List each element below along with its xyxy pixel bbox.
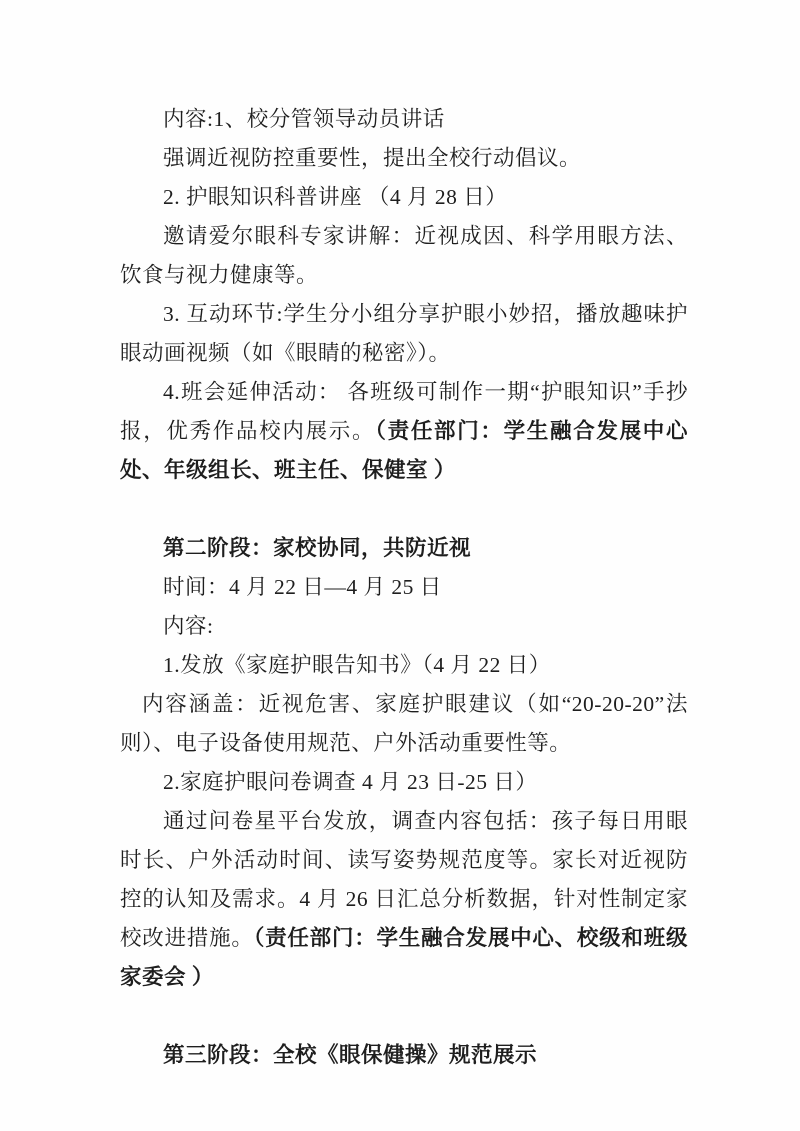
paragraph: 内容: (120, 607, 688, 646)
text-run: 1.发放《家庭护眼告知书》（4 月 22 日） (163, 653, 551, 677)
paragraph: 内容涵盖：近视危害、家庭护眼建议（如“20-20-20”法则）、电子设备使用规范… (120, 685, 688, 763)
text-run: 3. 互动环节:学生分小组分享护眼小妙招，播放趣味护眼动画视频（如《眼睛的秘密》… (120, 302, 688, 365)
paragraph: 内容:1、校分管领导动员讲话 (120, 100, 688, 139)
text-run: 内容:1、校分管领导动员讲话 (163, 107, 445, 131)
paragraph: 4.班会延伸活动： 各班级可制作一期“护眼知识”手抄报，优秀作品校内展示。（责任… (120, 373, 688, 490)
paragraph: 邀请爱尔眼科专家讲解：近视成因、科学用眼方法、饮食与视力健康等。 (120, 217, 688, 295)
paragraph: 强调近视防控重要性，提出全校行动倡议。 (120, 139, 688, 178)
text-run: 邀请爱尔眼科专家讲解：近视成因、科学用眼方法、饮食与视力健康等。 (120, 224, 688, 287)
blank-line (120, 997, 688, 1036)
text-run: 2.家庭护眼问卷调查 4 月 23 日-25 日） (163, 770, 537, 794)
document-body: 内容:1、校分管领导动员讲话强调近视防控重要性，提出全校行动倡议。2. 护眼知识… (120, 100, 688, 1075)
paragraph: 1.发放《家庭护眼告知书》（4 月 22 日） (120, 646, 688, 685)
paragraph: 3. 互动环节:学生分小组分享护眼小妙招，播放趣味护眼动画视频（如《眼睛的秘密》… (120, 295, 688, 373)
text-run: 时间：4 月 22 日—4 月 25 日 (163, 575, 442, 599)
paragraph: 2. 护眼知识科普讲座 （4 月 28 日） (120, 178, 688, 217)
paragraph: 通过问卷星平台发放，调查内容包括：孩子每日用眼时长、户外活动时间、读写姿势规范度… (120, 802, 688, 997)
text-run-bold: 第二阶段：家校协同，共防近视 (163, 536, 471, 560)
text-run: 强调近视防控重要性，提出全校行动倡议。 (163, 146, 581, 170)
paragraph: 时间：4 月 22 日—4 月 25 日 (120, 568, 688, 607)
paragraph: 第二阶段：家校协同，共防近视 (120, 529, 688, 568)
text-run: 2. 护眼知识科普讲座 （4 月 28 日） (163, 185, 507, 209)
text-run: 内容: (163, 614, 213, 638)
paragraph: 2.家庭护眼问卷调查 4 月 23 日-25 日） (120, 763, 688, 802)
blank-line (120, 490, 688, 529)
page-number: 2 (0, 1044, 800, 1068)
text-run: 内容涵盖：近视危害、家庭护眼建议（如“20-20-20”法则）、电子设备使用规范… (120, 692, 688, 755)
document-page: 内容:1、校分管领导动员讲话强调近视防控重要性，提出全校行动倡议。2. 护眼知识… (0, 0, 800, 1131)
